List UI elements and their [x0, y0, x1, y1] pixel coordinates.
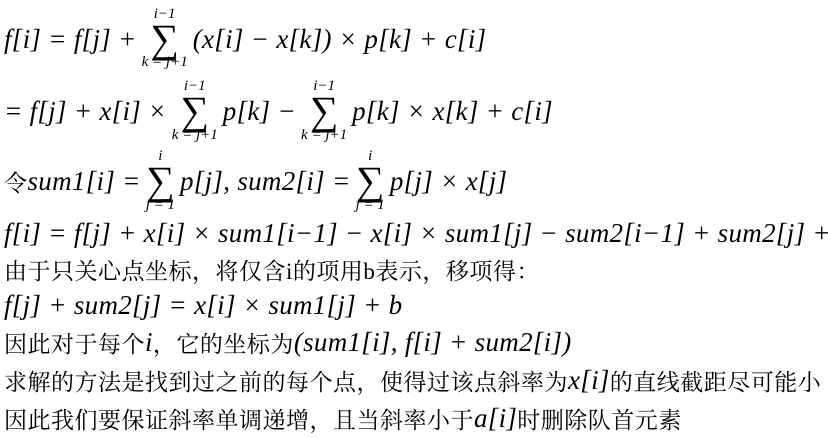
- prose-line-4: 因此我们要保证斜率单调递增，且当斜率小于 a[i] 时删除队首元素: [4, 399, 828, 437]
- sum-lower-limit: k = j+1: [172, 128, 218, 144]
- formula-text: (x[i] − x[k]) × p[k] + c[i]: [193, 24, 487, 55]
- prose-line-2: 因此对于每个 i ，它的坐标为 (sum1[i], f[i] + sum2[i]…: [4, 323, 828, 361]
- cjk-text: 因此我们要保证斜率单调递增，且当斜率小于: [4, 402, 474, 435]
- sigma-icon: ∑: [310, 95, 339, 128]
- summation: i−1 ∑ k = j+1: [172, 79, 218, 143]
- sum-lower-limit: k = j+1: [142, 55, 188, 71]
- formula-text: = f[j] + x[i] ×: [4, 96, 167, 127]
- cjk-text: 求解的方法是找到过之前的每个点，使得过该点斜率为: [4, 364, 568, 397]
- cjk-text: 的直线截距尽可能小: [610, 364, 822, 397]
- formula-line-4: f[i] = f[j] + x[i] × sum1[i−1] − x[i] × …: [4, 215, 828, 251]
- formula-line-2: = f[j] + x[i] × i−1 ∑ k = j+1 p[k] − i−1…: [4, 75, 828, 148]
- formula-line-1: f[i] = f[j] + i−1 ∑ k = j+1 (x[i] − x[k]…: [4, 3, 828, 75]
- formula-text: f[j] + sum2[j] = x[i] × sum1[j] + b: [4, 290, 402, 321]
- formula-text: (sum1[i], f[i] + sum2[i]): [294, 327, 572, 358]
- summation: i ∑ j = 1: [146, 149, 175, 213]
- formula-text: f[i] = f[j] + x[i] × sum1[i−1] − x[i] × …: [4, 218, 828, 249]
- formula-text: sum1[i] =: [28, 166, 141, 197]
- sum-lower-limit: j = 1: [146, 198, 175, 214]
- cjk-text: 因此对于每个: [4, 326, 145, 359]
- formula-text: f[i] = f[j] +: [4, 24, 137, 55]
- sigma-icon: ∑: [146, 165, 175, 198]
- formula-text: p[k] −: [223, 96, 296, 127]
- document-page: f[i] = f[j] + i−1 ∑ k = j+1 (x[i] − x[k]…: [0, 0, 828, 438]
- sum-lower-limit: k = j+1: [301, 128, 347, 144]
- formula-line-3: 令 sum1[i] = i ∑ j = 1 p[j], sum2[i] = i …: [4, 148, 828, 215]
- cjk-text: 令: [4, 165, 28, 198]
- sigma-icon: ∑: [180, 95, 209, 128]
- formula-text: i: [145, 327, 153, 358]
- formula-text: p[j], sum2[i] =: [180, 166, 351, 197]
- summation: i−1 ∑ k = j+1: [301, 79, 347, 143]
- sigma-icon: ∑: [150, 23, 179, 56]
- summation: i−1 ∑ k = j+1: [142, 7, 188, 71]
- cjk-text: 由于只关心点坐标，将仅含i的项用b表示，移项得：: [4, 253, 540, 286]
- formula-text: p[j] × x[j]: [390, 166, 508, 197]
- formula-line-5: f[j] + sum2[j] = x[i] × sum1[j] + b: [4, 287, 828, 323]
- prose-line-3: 求解的方法是找到过之前的每个点，使得过该点斜率为 x[i] 的直线截距尽可能小: [4, 361, 828, 399]
- cjk-text: 时删除队首元素: [517, 402, 682, 435]
- formula-text: p[k] × x[k] + c[i]: [352, 96, 553, 127]
- sigma-icon: ∑: [356, 165, 385, 198]
- summation: i ∑ j = 1: [356, 149, 385, 213]
- cjk-text: ，它的坐标为: [153, 326, 294, 359]
- sum-lower-limit: j = 1: [356, 198, 385, 214]
- formula-text: a[i]: [474, 403, 517, 434]
- prose-line-1: 由于只关心点坐标，将仅含i的项用b表示，移项得：: [4, 251, 828, 287]
- formula-text: x[i]: [568, 365, 610, 396]
